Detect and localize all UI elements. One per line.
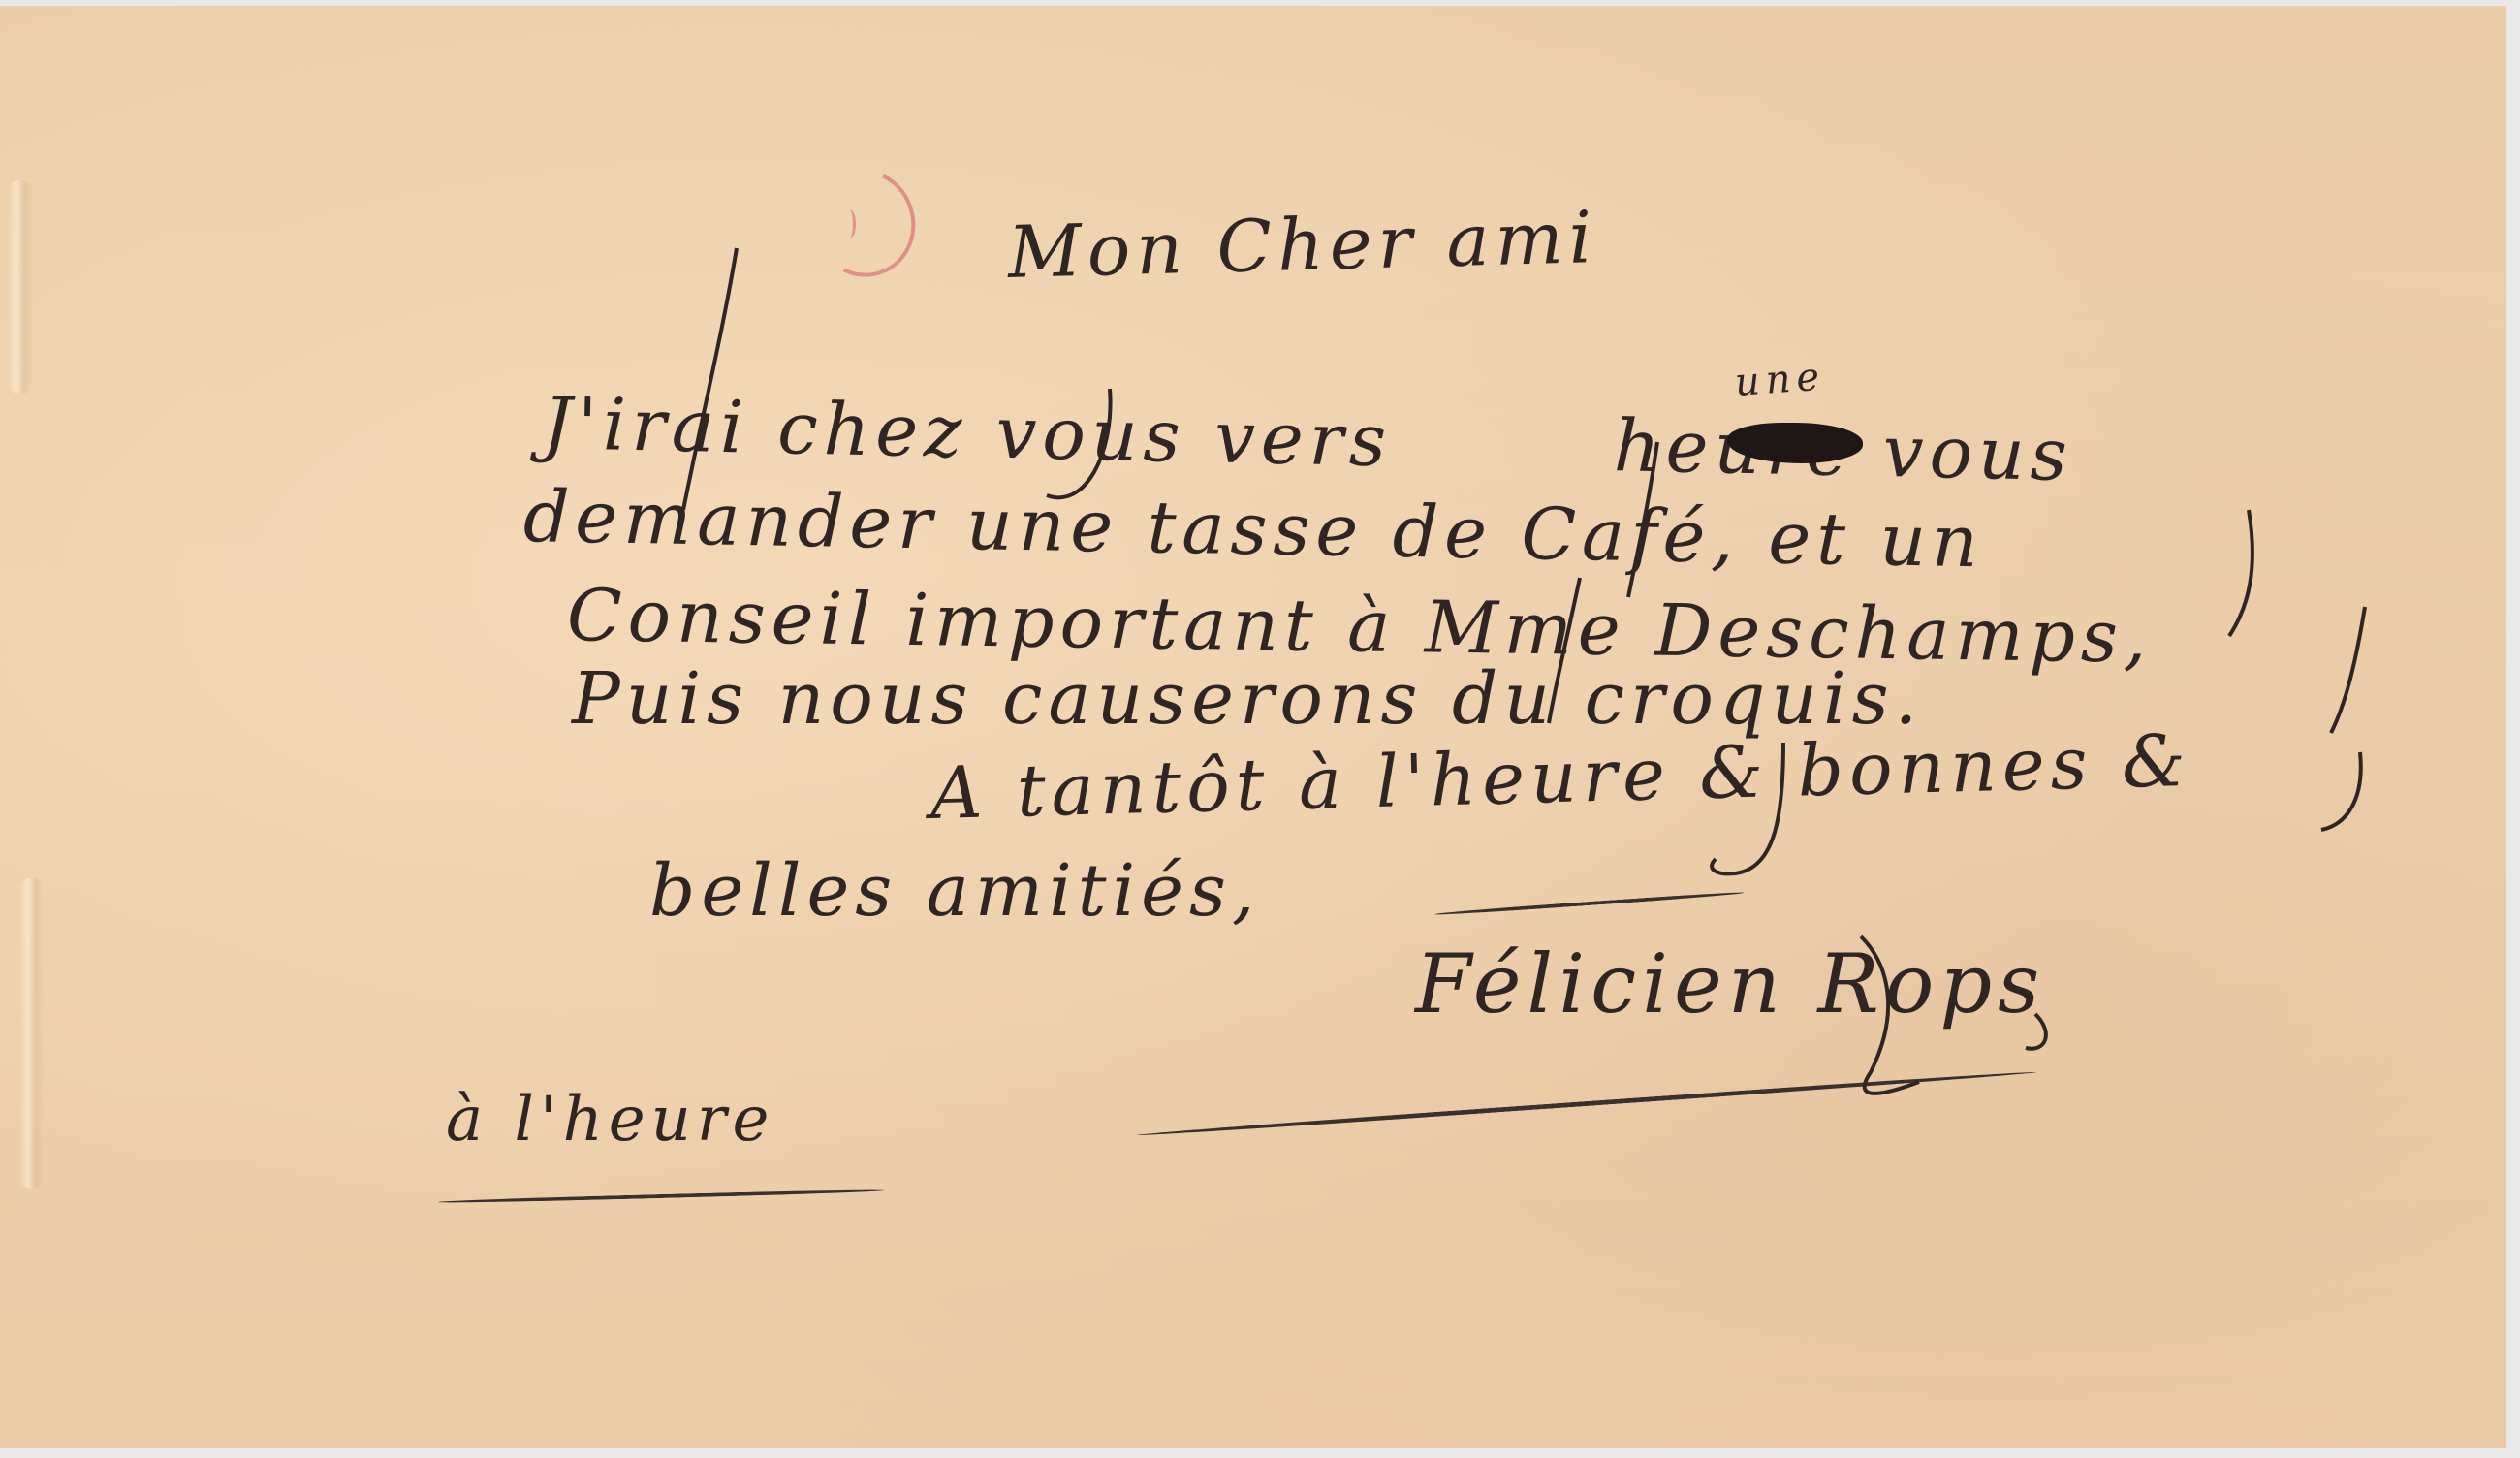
handwriting-flourishes xyxy=(0,6,2506,1448)
letter-paper: Mon Cher ami une J'irai chez vous vers h… xyxy=(0,6,2506,1448)
